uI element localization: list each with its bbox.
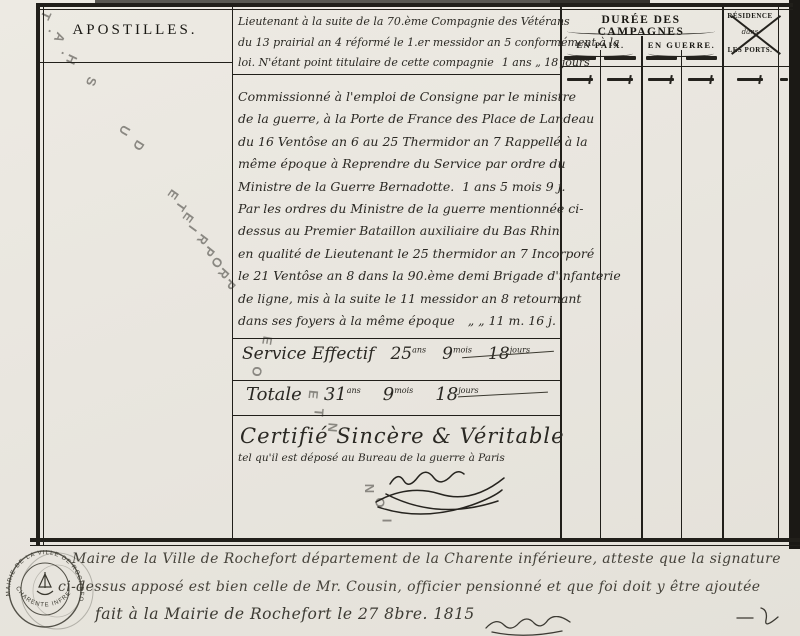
total-row-bottom-line (232, 415, 560, 416)
struck-subheader (646, 56, 677, 60)
column-divider-paix-guerre (641, 36, 643, 538)
watermark-letter: O (249, 365, 266, 378)
stamp-ship-emblem (37, 572, 53, 595)
record-line: du 16 Ventôse an 6 au 25 Thermidor an 7 … (238, 131, 556, 153)
record-line: du 13 prairial an 4 réformé le 1.er mess… (238, 33, 556, 54)
total-months: 9mois (383, 384, 414, 405)
record-line: Commissionné à l'emploi de Consigne par … (238, 86, 556, 108)
table-border-line (43, 3, 44, 546)
watermark-letter: H (63, 52, 81, 67)
watermark-letter: I (379, 519, 394, 523)
record-line: Lieutenant à la suite de la 70.ème Compa… (238, 12, 556, 33)
watermark-letter: O (208, 254, 226, 271)
watermark-letter: I (186, 223, 200, 235)
service-row-top-line (232, 338, 560, 339)
struck-subheader (567, 78, 593, 81)
total-label: Totale (246, 384, 302, 405)
watermark-letter: E (165, 187, 182, 203)
campaign-subheader-separator (560, 66, 789, 67)
struck-subheader (607, 78, 633, 81)
record-line: dans ses foyers à la même époque„ „ 11 m… (238, 310, 556, 332)
record-line: Par les ordres du Ministre de la guerre … (238, 198, 556, 220)
service-history-paragraph: Commissionné à l'emploi de Consigne par … (238, 86, 556, 332)
mayor-signature (480, 616, 580, 636)
certification-subline: tel qu'il est déposé au Bureau de la gue… (238, 452, 558, 464)
watermark-letter: R (215, 265, 232, 282)
total-years: 31ans (324, 384, 361, 405)
apostilles-header: APOSTILLES. (38, 22, 232, 39)
attestation-line2: ci-dessus apposé est bien celle de Mr. C… (58, 579, 788, 595)
service-months: 9mois (442, 344, 472, 364)
total-days: 18jours (435, 384, 478, 405)
watermark-letter: D (130, 138, 148, 154)
record-line: loi. N'étant point titulaire de cette co… (238, 53, 556, 74)
column-divider-apostilles (232, 7, 233, 538)
column-divider-campaigns-right (722, 3, 724, 538)
record-line: de ligne, mis à la suite le 11 messidor … (238, 288, 556, 310)
paraph-mark (733, 602, 785, 630)
watermark-letter: U (116, 123, 134, 139)
struck-subheader (688, 78, 714, 81)
service-row-bottom-line (232, 380, 560, 381)
struck-subheader (737, 78, 763, 81)
apostilles-header-underline (40, 62, 232, 63)
struck-subheader (604, 56, 636, 60)
watermark-letter: T (37, 9, 54, 23)
record-line: même époque à Reprendre du Service par o… (238, 153, 556, 175)
watermark-letter: P (201, 243, 218, 259)
mairie-rochefort-stamp: MAIRIE DE LA VILLE DE ROCHEFORT CHARENTE… (0, 542, 98, 636)
top-block-separator (232, 74, 560, 75)
watermark-letter: R (194, 231, 212, 248)
attestation-line1: Maire de la Ville de Rochefort départeme… (72, 551, 787, 567)
watermark-letter: . (58, 50, 73, 60)
watermark-letter: S (83, 75, 100, 88)
column-divider-guerre-sub (681, 50, 682, 538)
service-effectif-label: Service Effectif (242, 344, 374, 364)
en-guerre-header: EN GUERRE. (641, 40, 722, 50)
service-record-sheet: T.A.HSUDETEIRPORPEOETNNOI APOSTILLES. DU… (0, 0, 800, 636)
service-years: 25ans (390, 344, 426, 364)
struck-subheader (686, 56, 717, 60)
watermark-letter: E (180, 210, 197, 226)
struck-subheader (648, 78, 674, 81)
table-border-line (30, 538, 800, 542)
column-divider-residence-right (778, 7, 779, 538)
record-line: dessus au Premier Bataillon auxiliaire d… (238, 220, 556, 242)
watermark-letter: T (173, 199, 190, 214)
table-border-line (30, 545, 800, 546)
record-line: Ministre de la Guerre Bernadotte.1 ans 5… (238, 176, 556, 198)
certification-line: Certifié Sincère & Véritable (240, 424, 560, 448)
record-line: en qualité de Lieutenant le 25 thermidor… (238, 243, 556, 265)
cousin-signature (368, 466, 513, 518)
column-divider-paix-sub (600, 50, 601, 538)
table-border-line (36, 9, 793, 10)
table-border-line (36, 3, 793, 7)
table-border-line (36, 3, 40, 546)
record-line: de la guerre, à la Porte de France des P… (238, 108, 556, 130)
record-line: le 21 Ventôse an 8 dans la 90.ème demi B… (238, 265, 556, 287)
rank-summary-block: Lieutenant à la suite de la 70.ème Compa… (238, 12, 556, 74)
watermark-letter: P (222, 276, 239, 293)
struck-subheader (780, 78, 788, 81)
